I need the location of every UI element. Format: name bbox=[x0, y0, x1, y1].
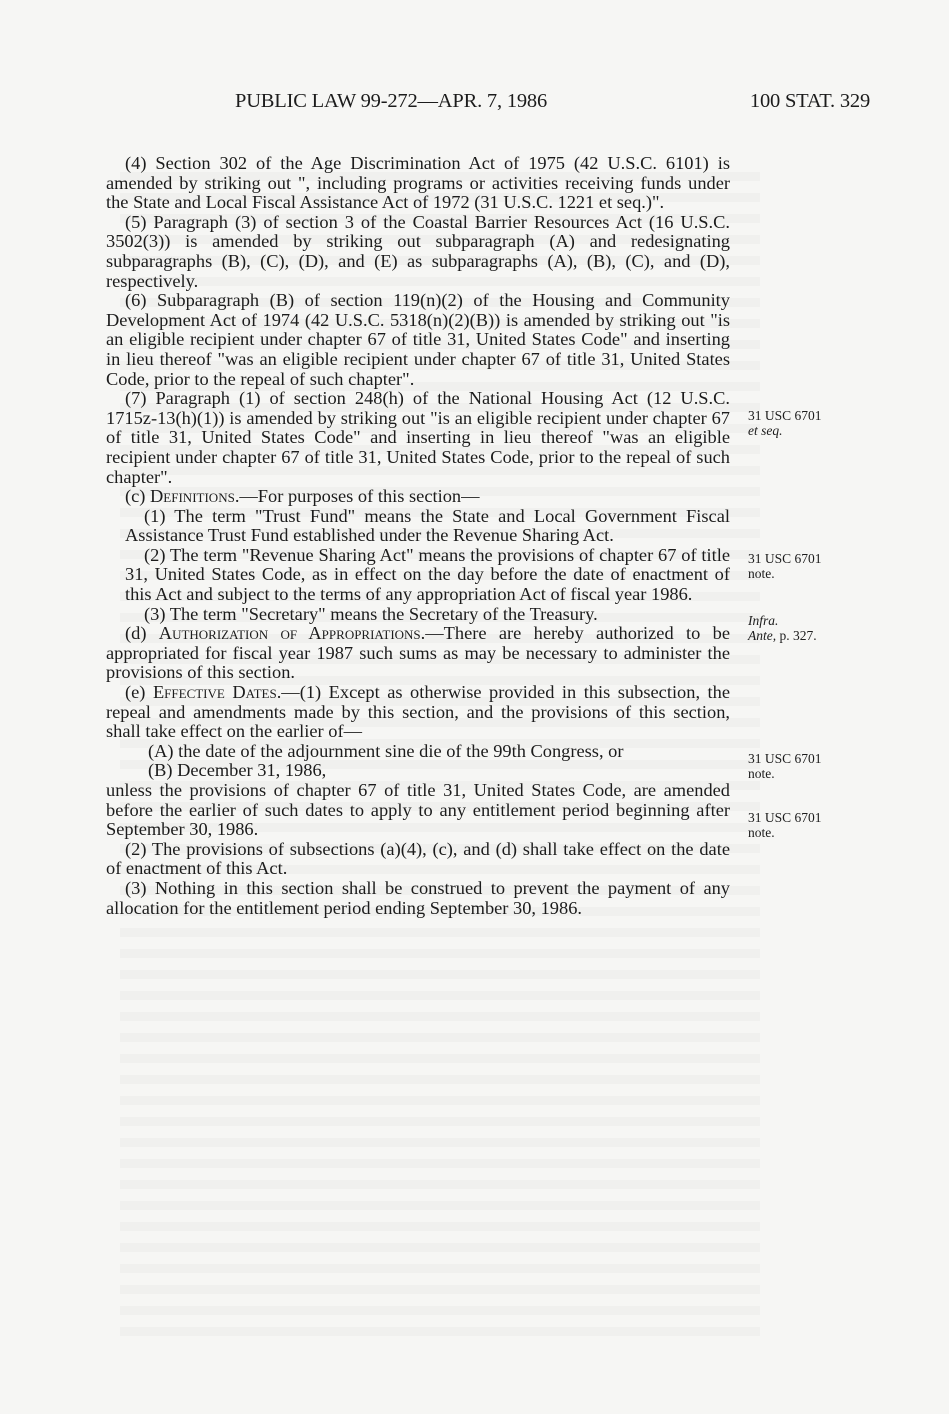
subsection-e-heading: Effective Dates bbox=[153, 682, 277, 702]
effective-date-2: (2) The provisions of subsections (a)(4)… bbox=[106, 840, 730, 879]
margin-note-5: 31 USC 6701 note. bbox=[748, 810, 822, 840]
document-body: (4) Section 302 of the Age Discriminatio… bbox=[106, 154, 730, 918]
definition-3: (3) The term "Secretary" means the Secre… bbox=[125, 605, 730, 625]
effective-date-a: (A) the date of the adjournment sine die… bbox=[106, 742, 730, 762]
subsection-c-heading: Definitions bbox=[150, 486, 235, 506]
subsection-d: (d) Authorization of Appropriations.—The… bbox=[106, 624, 730, 683]
page-header: PUBLIC LAW 99-272—APR. 7, 1986 100 STAT.… bbox=[235, 90, 870, 113]
subsection-e: (e) Effective Dates.—(1) Except as other… bbox=[106, 683, 730, 742]
effective-date-unless: unless the provisions of chapter 67 of t… bbox=[106, 781, 730, 840]
paragraph-6: (6) Subparagraph (B) of section 119(n)(2… bbox=[106, 291, 730, 389]
paragraph-5: (5) Paragraph (3) of section 3 of the Co… bbox=[106, 213, 730, 291]
paragraph-7: (7) Paragraph (1) of section 248(h) of t… bbox=[106, 389, 730, 487]
subsection-c: (c) Definitions.—For purposes of this se… bbox=[106, 487, 730, 507]
statute-page: 100 STAT. 329 bbox=[750, 90, 870, 113]
margin-note-3: Infra. Ante, p. 327. bbox=[748, 613, 817, 643]
paragraph-4: (4) Section 302 of the Age Discriminatio… bbox=[106, 154, 730, 213]
law-title: PUBLIC LAW 99-272—APR. 7, 1986 bbox=[235, 90, 547, 113]
margin-note-4: 31 USC 6701 note. bbox=[748, 751, 822, 781]
definition-2: (2) The term "Revenue Sharing Act" means… bbox=[125, 546, 730, 605]
margin-note-1: 31 USC 6701 et seq. bbox=[748, 408, 822, 438]
effective-date-b: (B) December 31, 1986, bbox=[148, 761, 730, 781]
effective-date-3: (3) Nothing in this section shall be con… bbox=[106, 879, 730, 918]
subsection-d-heading: Authorization of Appropriations bbox=[159, 623, 421, 643]
margin-note-2: 31 USC 6701 note. bbox=[748, 551, 822, 581]
definition-1: (1) The term "Trust Fund" means the Stat… bbox=[125, 507, 730, 546]
